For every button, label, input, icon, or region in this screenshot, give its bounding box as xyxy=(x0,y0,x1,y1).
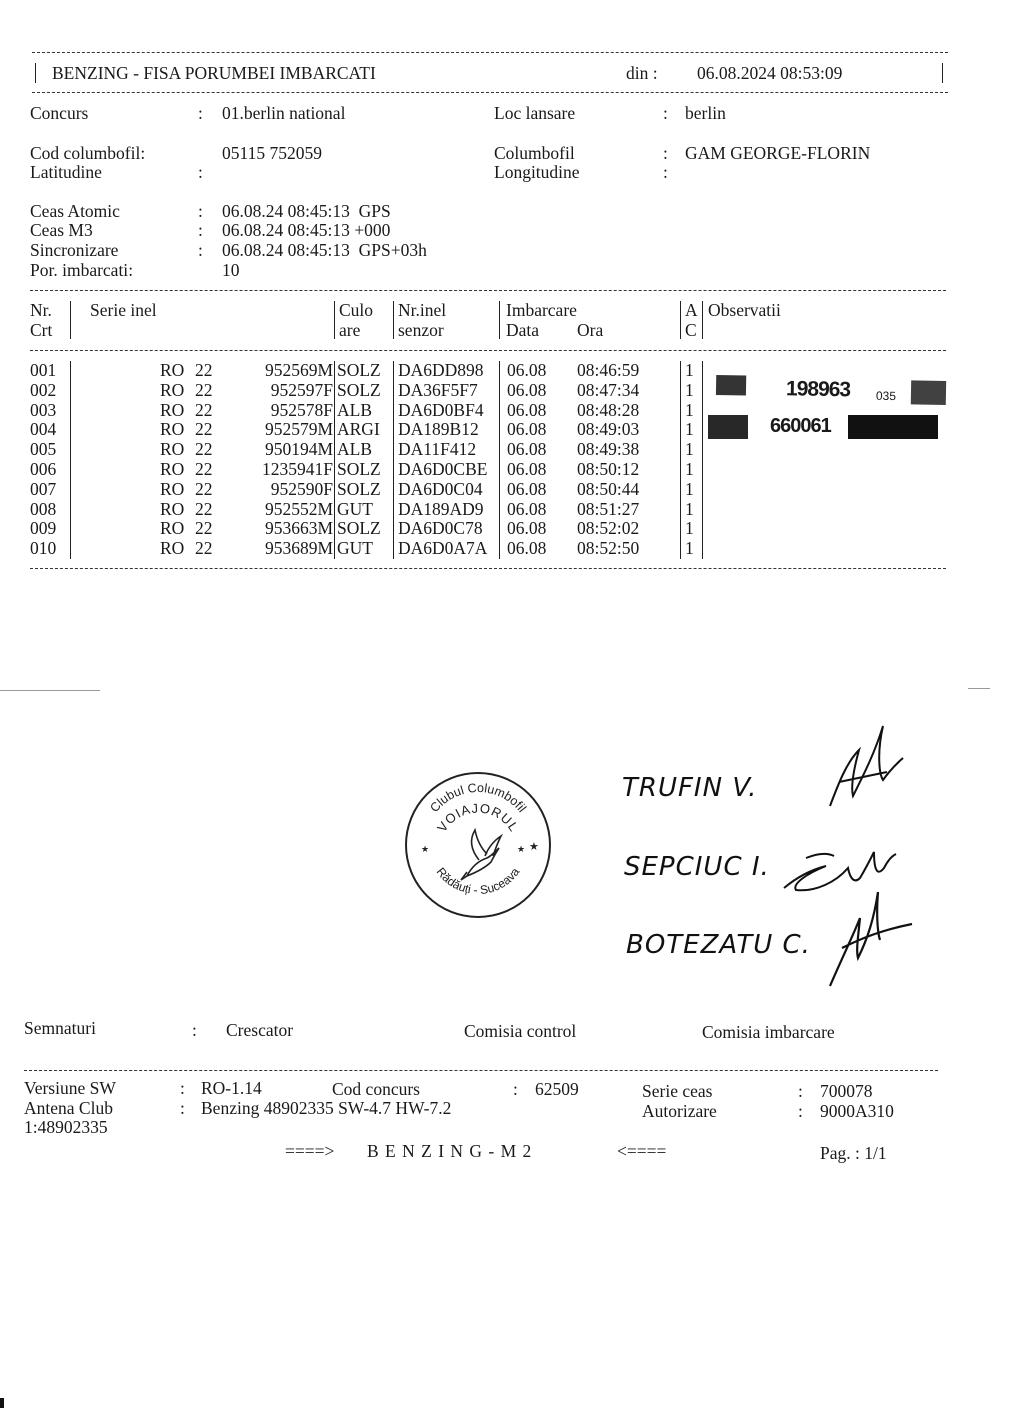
header-observatii: Observatii xyxy=(708,300,781,320)
cell-ac: 1 xyxy=(685,480,694,500)
cell-divider xyxy=(393,401,394,421)
header-serie-inel: Serie inel xyxy=(90,300,157,320)
versiune-label: Versiune SW xyxy=(24,1078,116,1098)
signature-crescator: Crescator xyxy=(226,1020,293,1040)
cell-ring: 952569M xyxy=(265,361,333,381)
page-number: Pag. : 1/1 xyxy=(820,1143,887,1163)
cell-ac: 1 xyxy=(685,361,694,381)
cell-year: 22 xyxy=(195,440,213,460)
serie-ceas-value: 700078 xyxy=(820,1081,873,1101)
cell-divider xyxy=(334,420,335,440)
cell-divider xyxy=(334,401,335,421)
header-culoare-2: are xyxy=(339,320,360,340)
cell-color: ARGI xyxy=(337,420,380,440)
sticker-number: 660061 xyxy=(770,416,831,436)
cell-color: SOLZ xyxy=(337,381,381,401)
cell-ac: 1 xyxy=(685,539,694,559)
cell-time: 08:51:27 xyxy=(577,500,639,520)
cell-divider xyxy=(499,500,500,520)
cell-color: SOLZ xyxy=(337,519,381,539)
antena-colon: : xyxy=(180,1098,185,1118)
signature-comisia-imbarcare: Comisia imbarcare xyxy=(702,1022,835,1042)
table-row: 007RO22952590FSOLZDA6D0C0406.0808:50:441 xyxy=(30,480,710,500)
autorizare-value: 9000A310 xyxy=(820,1101,894,1121)
concurs-value: 01.berlin national xyxy=(222,103,345,123)
header-left-bar xyxy=(35,63,36,83)
concurs-label: Concurs xyxy=(30,103,88,123)
cod-columbofil-label: Cod columbofil: xyxy=(30,143,145,163)
cell-divider xyxy=(393,519,394,539)
scan-artifact xyxy=(968,688,990,689)
cell-sensor: DA189B12 xyxy=(398,420,479,440)
cell-country: RO xyxy=(160,381,184,401)
cell-sensor: DA36F5F7 xyxy=(398,381,478,401)
cell-color: ALB xyxy=(337,401,372,421)
cell-divider xyxy=(393,361,394,381)
cell-divider xyxy=(393,440,394,460)
cell-sensor: DA189AD9 xyxy=(398,500,484,520)
header-c: C xyxy=(685,320,697,340)
column-divider xyxy=(702,361,703,559)
handwritten-name-1: TRUFIN V. xyxy=(622,778,757,798)
cell-divider xyxy=(499,401,500,421)
cell-divider xyxy=(393,539,394,559)
table-bottom-rule xyxy=(30,568,946,569)
svg-text:Rădăuți - Suceava: Rădăuți - Suceava xyxy=(434,865,523,897)
cell-divider xyxy=(334,539,335,559)
cell-sensor: DA6D0C04 xyxy=(398,480,483,500)
scan-artifact xyxy=(0,1398,4,1408)
cell-color: GUT xyxy=(337,500,373,520)
cell-ring: 952590F xyxy=(271,480,333,500)
cell-time: 08:52:50 xyxy=(577,539,639,559)
cell-sensor: DA6D0A7A xyxy=(398,539,487,559)
brand-arrow-right: <==== xyxy=(617,1141,666,1161)
cell-ring: 953663M xyxy=(265,519,333,539)
cell-ac: 1 xyxy=(685,440,694,460)
svg-text:★: ★ xyxy=(421,844,429,854)
cell-nr: 010 xyxy=(30,539,56,559)
header-divider xyxy=(499,301,500,339)
cell-ring: 950194M xyxy=(265,440,333,460)
cell-divider xyxy=(680,460,681,480)
cell-sensor: DA6D0C78 xyxy=(398,519,483,539)
cell-time: 08:50:12 xyxy=(577,460,639,480)
signature-comisia-control: Comisia control xyxy=(464,1021,576,1041)
cell-ring: 1235941F xyxy=(262,460,333,480)
cell-divider xyxy=(680,401,681,421)
cell-date: 06.08 xyxy=(507,420,546,440)
cell-ring: 952579M xyxy=(265,420,333,440)
cell-divider xyxy=(334,480,335,500)
header-a: A xyxy=(685,300,698,320)
sincronizare-value: 06.08.24 08:45:13 GPS+03h xyxy=(222,240,427,260)
cell-country: RO xyxy=(160,420,184,440)
cell-date: 06.08 xyxy=(507,401,546,421)
ceas-atomic-colon: : xyxy=(198,201,203,221)
cod-columbofil-value: 05115 752059 xyxy=(222,143,322,163)
header-senzor-1: Nr.inel xyxy=(398,300,446,320)
sticker-code: 035 xyxy=(876,386,896,406)
columbofil-value: GAM GEORGE-FLORIN xyxy=(685,143,870,163)
observatii-sticker-2: 660061 xyxy=(708,413,938,441)
cell-ring: 953689M xyxy=(265,539,333,559)
cell-divider xyxy=(334,460,335,480)
document-title: BENZING - FISA PORUMBEI IMBARCATI xyxy=(52,63,376,83)
cell-time: 08:48:28 xyxy=(577,401,639,421)
cell-country: RO xyxy=(160,539,184,559)
header-divider xyxy=(334,301,335,339)
table-row: 004RO22952579MARGIDA189B1206.0808:49:031 xyxy=(30,420,710,440)
club-stamp: Clubul Columbofil VOIAJORUL Rădăuți - Su… xyxy=(405,772,551,918)
cell-country: RO xyxy=(160,460,184,480)
cell-time: 08:49:38 xyxy=(577,440,639,460)
header-senzor-2: senzor xyxy=(398,320,444,340)
semnaturi-label: Semnaturi xyxy=(24,1018,96,1038)
header-crt: Crt xyxy=(30,320,52,340)
cell-ac: 1 xyxy=(685,381,694,401)
cell-divider xyxy=(499,460,500,480)
cell-divider xyxy=(334,440,335,460)
sincronizare-colon: : xyxy=(198,240,203,260)
table-row: 008RO22952552MGUTDA189AD906.0808:51:271 xyxy=(30,500,710,520)
concurs-colon: : xyxy=(198,103,203,123)
table-row: 001RO22952569MSOLZDA6DD89806.0808:46:591 xyxy=(30,361,710,381)
cell-nr: 002 xyxy=(30,381,56,401)
svg-text:★: ★ xyxy=(517,844,525,854)
loc-lansare-label: Loc lansare xyxy=(494,103,575,123)
cell-divider xyxy=(680,500,681,520)
header-divider xyxy=(393,301,394,339)
header-top-rule xyxy=(32,52,948,53)
sincronizare-label: Sincronizare xyxy=(30,240,118,260)
table-row: 005RO22950194MALBDA11F41206.0808:49:381 xyxy=(30,440,710,460)
column-divider xyxy=(70,361,71,559)
cell-ring: 952578F xyxy=(271,401,333,421)
print-date-value: 06.08.2024 08:53:09 xyxy=(697,63,842,83)
serie-ceas-colon: : xyxy=(798,1081,803,1101)
ceas-m3-label: Ceas M3 xyxy=(30,220,93,240)
brand-arrow-left: ====> xyxy=(285,1141,334,1161)
cell-divider xyxy=(680,539,681,559)
cell-color: GUT xyxy=(337,539,373,559)
por-imbarcati-label: Por. imbarcati: xyxy=(30,260,133,280)
cell-divider xyxy=(393,381,394,401)
cell-date: 06.08 xyxy=(507,519,546,539)
svg-text:VOIAJORUL: VOIAJORUL xyxy=(434,800,522,834)
cell-country: RO xyxy=(160,519,184,539)
stamp-ring-text: Clubul Columbofil VOIAJORUL Rădăuți - Su… xyxy=(407,774,549,916)
cell-nr: 008 xyxy=(30,500,56,520)
latitudine-label: Latitudine xyxy=(30,162,102,182)
header-divider xyxy=(680,301,681,339)
cell-divider xyxy=(680,440,681,460)
columbofil-colon: : xyxy=(663,143,668,163)
cell-nr: 003 xyxy=(30,401,56,421)
longitudine-colon: : xyxy=(663,162,668,182)
por-imbarcati-value: 10 xyxy=(222,260,240,280)
header-divider xyxy=(70,301,71,339)
cell-time: 08:46:59 xyxy=(577,361,639,381)
dove-icon xyxy=(461,830,501,880)
cell-date: 06.08 xyxy=(507,539,546,559)
svg-text:★: ★ xyxy=(529,841,539,853)
ceas-m3-value: 06.08.24 08:45:13 +000 xyxy=(222,220,390,240)
table-top-rule xyxy=(30,290,946,291)
cell-divider xyxy=(393,420,394,440)
handwritten-name-3: BOTEZATU C. xyxy=(626,935,811,955)
cell-divider xyxy=(393,500,394,520)
cell-divider xyxy=(499,480,500,500)
signature-3 xyxy=(822,888,917,988)
cell-divider xyxy=(334,361,335,381)
brand-name: B E N Z I N G - M 2 xyxy=(367,1141,532,1161)
cell-year: 22 xyxy=(195,539,213,559)
autorizare-label: Autorizare xyxy=(642,1101,717,1121)
cell-country: RO xyxy=(160,361,184,381)
cell-date: 06.08 xyxy=(507,440,546,460)
header-imbarcare: Imbarcare xyxy=(506,300,577,320)
header-right-bar xyxy=(942,63,943,83)
cell-date: 06.08 xyxy=(507,480,546,500)
cell-date: 06.08 xyxy=(507,381,546,401)
cell-country: RO xyxy=(160,500,184,520)
cell-divider xyxy=(499,361,500,381)
cell-ac: 1 xyxy=(685,500,694,520)
cod-concurs-colon: : xyxy=(513,1079,518,1099)
cell-date: 06.08 xyxy=(507,460,546,480)
cod-concurs-value: 62509 xyxy=(535,1079,579,1099)
cell-nr: 006 xyxy=(30,460,56,480)
cell-time: 08:47:34 xyxy=(577,381,639,401)
versiune-colon: : xyxy=(180,1078,185,1098)
table-row: 009RO22953663MSOLZDA6D0C7806.0808:52:021 xyxy=(30,519,710,539)
cell-year: 22 xyxy=(195,361,213,381)
cell-country: RO xyxy=(160,401,184,421)
cell-year: 22 xyxy=(195,420,213,440)
cell-divider xyxy=(680,361,681,381)
cell-divider xyxy=(499,381,500,401)
longitudine-label: Longitudine xyxy=(494,162,580,182)
cell-country: RO xyxy=(160,480,184,500)
cell-year: 22 xyxy=(195,460,213,480)
semnaturi-colon: : xyxy=(192,1020,197,1040)
cell-sensor: DA11F412 xyxy=(398,440,476,460)
cod-concurs-label: Cod concurs xyxy=(332,1079,420,1099)
table-row: 003RO22952578FALBDA6D0BF406.0808:48:281 xyxy=(30,401,710,421)
cell-divider xyxy=(499,420,500,440)
header-ora: Ora xyxy=(577,320,603,340)
antena-value: Benzing 48902335 SW-4.7 HW-7.2 xyxy=(201,1098,451,1118)
cell-year: 22 xyxy=(195,381,213,401)
observatii-sticker-1: 198963 035 xyxy=(716,373,947,409)
footer-rule xyxy=(24,1070,938,1071)
cell-ring: 952552M xyxy=(265,500,333,520)
cell-nr: 009 xyxy=(30,519,56,539)
cell-nr: 007 xyxy=(30,480,56,500)
cell-divider xyxy=(499,440,500,460)
antena-label: Antena Club xyxy=(24,1098,113,1118)
loc-lansare-value: berlin xyxy=(685,103,726,123)
columbofil-label: Columbofil xyxy=(494,143,575,163)
latitudine-colon: : xyxy=(198,162,203,182)
cell-divider xyxy=(680,420,681,440)
cell-divider xyxy=(499,539,500,559)
cell-sensor: DA6D0BF4 xyxy=(398,401,484,421)
cell-time: 08:50:44 xyxy=(577,480,639,500)
cell-divider xyxy=(499,519,500,539)
cell-divider xyxy=(680,381,681,401)
cell-sensor: DA6DD898 xyxy=(398,361,484,381)
header-bottom-rule xyxy=(32,92,948,93)
cell-divider xyxy=(393,480,394,500)
serie-ceas-label: Serie ceas xyxy=(642,1081,712,1101)
header-data: Data xyxy=(506,320,539,340)
cell-nr: 005 xyxy=(30,440,56,460)
cell-time: 08:49:03 xyxy=(577,420,639,440)
header-culoare-1: Culo xyxy=(339,300,373,320)
table-header-rule xyxy=(30,350,946,351)
cell-divider xyxy=(680,519,681,539)
table-row: 006RO221235941FSOLZDA6D0CBE06.0808:50:12… xyxy=(30,460,710,480)
cell-divider xyxy=(680,480,681,500)
cell-ring: 952597F xyxy=(271,381,333,401)
autorizare-colon: : xyxy=(798,1101,803,1121)
sticker-number: 198963 xyxy=(786,379,850,400)
header-nr: Nr. xyxy=(30,300,52,320)
cell-ac: 1 xyxy=(685,420,694,440)
cell-color: ALB xyxy=(337,440,372,460)
ceas-atomic-label: Ceas Atomic xyxy=(30,201,120,221)
cell-country: RO xyxy=(160,440,184,460)
handwritten-name-2: SEPCIUC I. xyxy=(624,857,770,877)
cell-time: 08:52:02 xyxy=(577,519,639,539)
cell-year: 22 xyxy=(195,519,213,539)
cell-ac: 1 xyxy=(685,460,694,480)
versiune-value: RO-1.14 xyxy=(201,1078,262,1098)
cell-year: 22 xyxy=(195,500,213,520)
cell-sensor: DA6D0CBE xyxy=(398,460,487,480)
table-row: 010RO22953689MGUTDA6D0A7A06.0808:52:501 xyxy=(30,539,710,559)
cell-color: SOLZ xyxy=(337,460,381,480)
print-date-label: din : xyxy=(626,63,662,83)
ceas-atomic-value: 06.08.24 08:45:13 GPS xyxy=(222,201,391,221)
table-row: 002RO22952597FSOLZDA36F5F706.0808:47:341 xyxy=(30,381,710,401)
cell-date: 06.08 xyxy=(507,361,546,381)
cell-nr: 001 xyxy=(30,361,56,381)
antena-id: 1:48902335 xyxy=(24,1117,108,1137)
cell-year: 22 xyxy=(195,480,213,500)
cell-date: 06.08 xyxy=(507,500,546,520)
cell-divider xyxy=(393,460,394,480)
cell-year: 22 xyxy=(195,401,213,421)
cell-color: SOLZ xyxy=(337,361,381,381)
cell-divider xyxy=(334,500,335,520)
cell-ac: 1 xyxy=(685,519,694,539)
cell-divider xyxy=(334,381,335,401)
cell-color: SOLZ xyxy=(337,480,381,500)
scan-artifact xyxy=(0,690,100,691)
loc-lansare-colon: : xyxy=(663,103,668,123)
cell-nr: 004 xyxy=(30,420,56,440)
ceas-m3-colon: : xyxy=(198,220,203,240)
signature-1 xyxy=(825,722,905,812)
header-divider xyxy=(702,301,703,339)
cell-divider xyxy=(334,519,335,539)
cell-ac: 1 xyxy=(685,401,694,421)
